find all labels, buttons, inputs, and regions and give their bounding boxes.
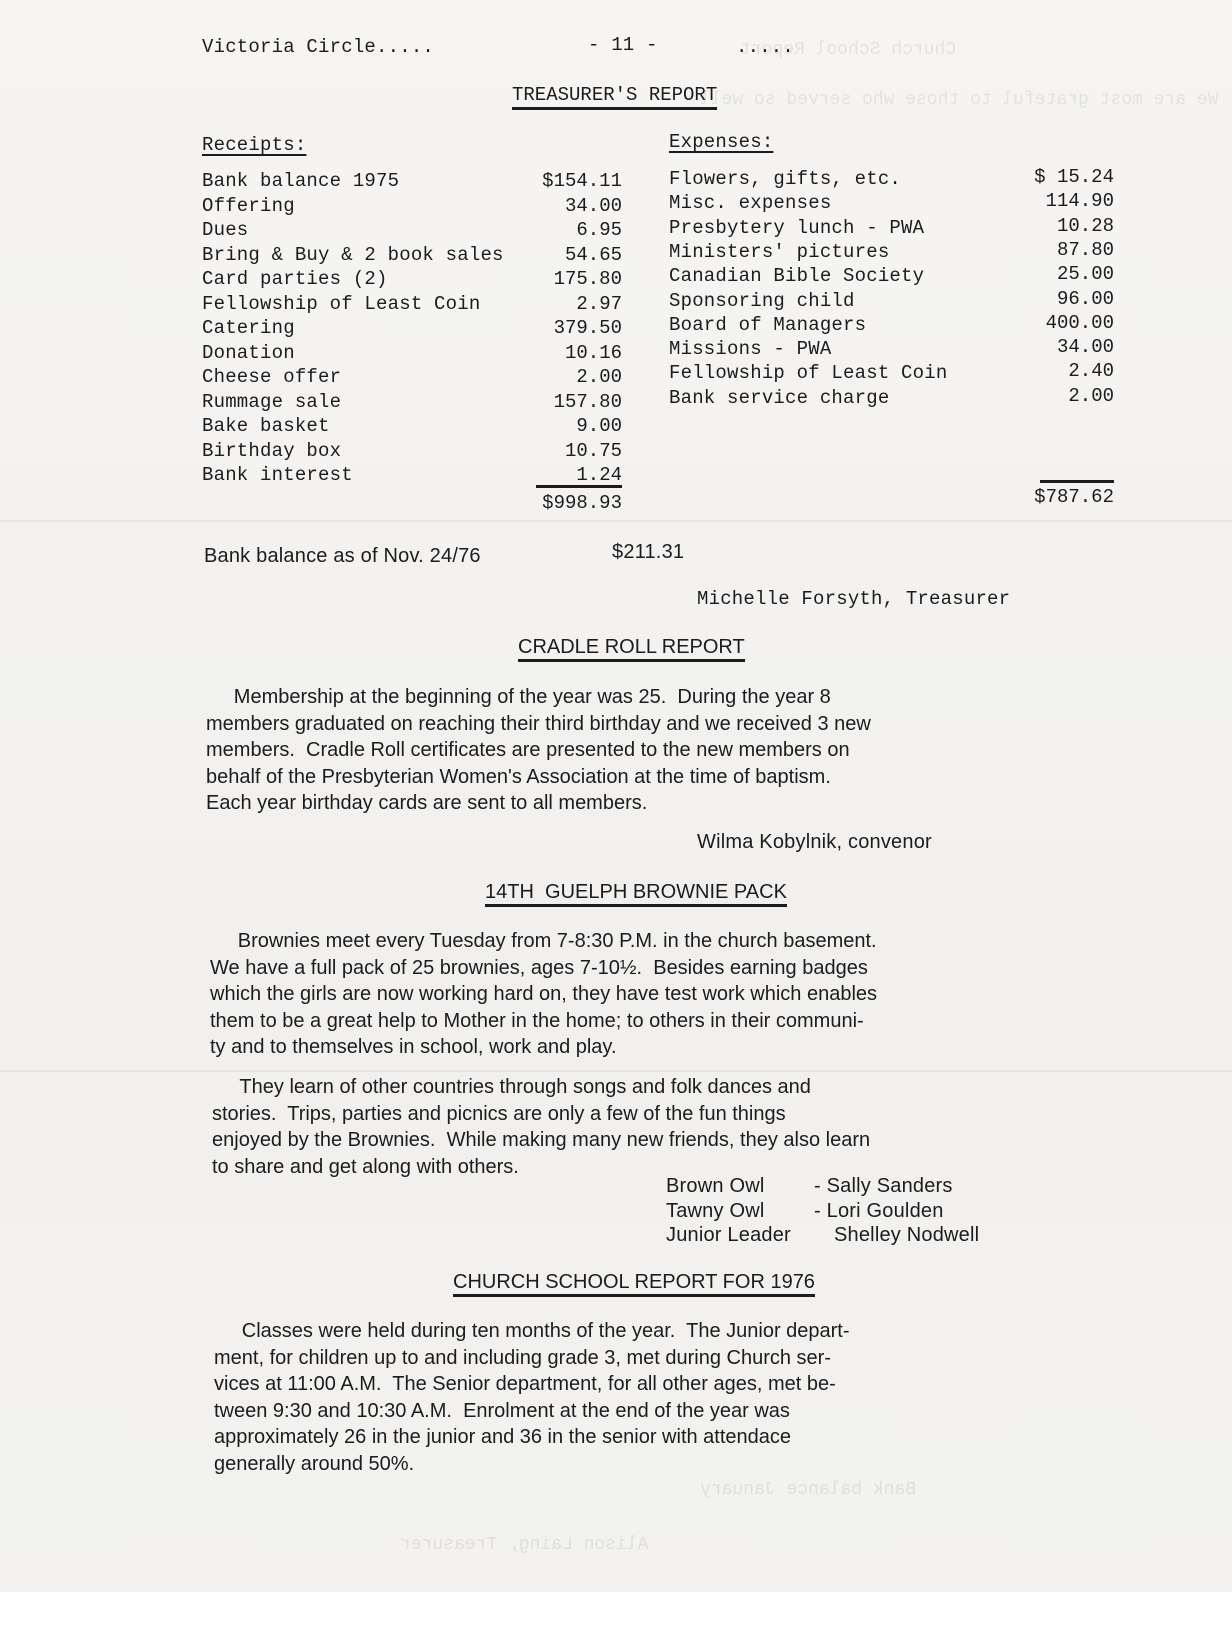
church-school-title: CHURCH SCHOOL REPORT FOR 1976 bbox=[453, 1272, 815, 1297]
expenses-total: $787.62 bbox=[1010, 488, 1114, 507]
church-school-body: Classes were held during ten months of t… bbox=[214, 1318, 850, 1477]
bank-balance-value: $211.31 bbox=[612, 542, 684, 562]
receipt-amount: 34.00 bbox=[500, 197, 622, 216]
treasurer-signature: Michelle Forsyth, Treasurer bbox=[697, 590, 1010, 609]
receipt-label: Card parties (2) bbox=[202, 270, 388, 289]
expense-amount: 96.00 bbox=[990, 290, 1114, 309]
brownie-paragraph-2: They learn of other countries through so… bbox=[212, 1074, 870, 1180]
bleed-through-text: Alison Laing, Treasurer bbox=[400, 1535, 648, 1555]
receipt-label: Bake basket bbox=[202, 417, 330, 436]
expense-label: Sponsoring child bbox=[669, 292, 855, 311]
scan-margin bbox=[0, 1592, 1232, 1637]
receipts-label: Receipts: bbox=[202, 136, 306, 155]
receipt-amount: 157.80 bbox=[500, 393, 622, 412]
bleed-through-text: We are most grateful to those who served… bbox=[700, 90, 1218, 110]
expense-label: Canadian Bible Society bbox=[669, 267, 924, 286]
expense-amount: 25.00 bbox=[990, 265, 1114, 284]
header-right: ..... bbox=[736, 38, 794, 57]
expenses-total-rule bbox=[1040, 480, 1114, 483]
brownie-pack-title: 14TH GUELPH BROWNIE PACK bbox=[485, 882, 787, 907]
receipt-label: Offering bbox=[202, 197, 295, 216]
header-left: Victoria Circle..... bbox=[202, 38, 434, 57]
leader-name: - Sally Sanders bbox=[814, 1176, 953, 1196]
expense-label: Board of Managers bbox=[669, 316, 866, 335]
receipt-amount: 175.80 bbox=[500, 270, 622, 289]
receipt-label: Catering bbox=[202, 319, 295, 338]
page-number: - 11 - bbox=[588, 36, 658, 55]
receipt-label: Bank balance 1975 bbox=[202, 172, 399, 191]
expenses-label: Expenses: bbox=[669, 133, 773, 152]
receipts-total: $998.93 bbox=[520, 494, 622, 513]
brownie-paragraph-1: Brownies meet every Tuesday from 7-8:30 … bbox=[210, 928, 877, 1061]
expense-amount: $ 15.24 bbox=[990, 168, 1114, 187]
cradle-roll-signature: Wilma Kobylnik, convenor bbox=[697, 832, 932, 852]
expense-label: Missions - PWA bbox=[669, 340, 831, 359]
treasurer-report-title: TREASURER'S REPORT bbox=[512, 86, 717, 110]
leader-role: Brown Owl bbox=[666, 1176, 765, 1196]
paper-fold bbox=[0, 1070, 1232, 1072]
receipt-label: Fellowship of Least Coin bbox=[202, 295, 480, 314]
leader-role: Junior Leader bbox=[666, 1225, 791, 1245]
expense-label: Bank service charge bbox=[669, 389, 889, 408]
receipt-label: Donation bbox=[202, 344, 295, 363]
expense-amount: 400.00 bbox=[990, 314, 1114, 333]
receipts-total-rule bbox=[536, 485, 622, 488]
receipt-label: Birthday box bbox=[202, 442, 341, 461]
receipt-label: Bring & Buy & 2 book sales bbox=[202, 246, 504, 265]
cradle-roll-body: Membership at the beginning of the year … bbox=[206, 684, 871, 817]
leader-name: - Lori Goulden bbox=[814, 1201, 944, 1221]
expense-amount: 87.80 bbox=[990, 241, 1114, 260]
bleed-through-text: Bank balance January bbox=[700, 1480, 916, 1500]
receipt-label: Rummage sale bbox=[202, 393, 341, 412]
expense-label: Ministers' pictures bbox=[669, 243, 889, 262]
receipt-amount: 1.24 bbox=[500, 466, 622, 485]
receipt-amount: 2.00 bbox=[500, 368, 622, 387]
receipt-label: Cheese offer bbox=[202, 368, 341, 387]
expense-amount: 34.00 bbox=[990, 338, 1114, 357]
expense-label: Flowers, gifts, etc. bbox=[669, 170, 901, 189]
leader-role: Tawny Owl bbox=[666, 1201, 765, 1221]
document-page: Church School Report We are most gratefu… bbox=[0, 0, 1232, 1637]
receipt-amount: 379.50 bbox=[500, 319, 622, 338]
receipt-amount: 9.00 bbox=[500, 417, 622, 436]
receipt-amount: 54.65 bbox=[500, 246, 622, 265]
leader-name: Shelley Nodwell bbox=[834, 1225, 979, 1245]
receipt-amount: 10.75 bbox=[500, 442, 622, 461]
expense-label: Misc. expenses bbox=[669, 194, 831, 213]
receipt-label: Bank interest bbox=[202, 466, 353, 485]
expense-amount: 2.40 bbox=[990, 362, 1114, 381]
receipt-label: Dues bbox=[202, 221, 248, 240]
receipt-amount: $154.11 bbox=[500, 172, 622, 191]
expense-amount: 2.00 bbox=[990, 387, 1114, 406]
receipt-amount: 2.97 bbox=[500, 295, 622, 314]
expense-label: Fellowship of Least Coin bbox=[669, 364, 947, 383]
expense-amount: 10.28 bbox=[990, 217, 1114, 236]
cradle-roll-title: CRADLE ROLL REPORT bbox=[518, 637, 745, 662]
expense-amount: 114.90 bbox=[990, 192, 1114, 211]
receipt-amount: 6.95 bbox=[500, 221, 622, 240]
bank-balance-label: Bank balance as of Nov. 24/76 bbox=[204, 546, 481, 566]
paper-fold bbox=[0, 520, 1232, 522]
receipt-amount: 10.16 bbox=[500, 344, 622, 363]
expense-label: Presbytery lunch - PWA bbox=[669, 219, 924, 238]
